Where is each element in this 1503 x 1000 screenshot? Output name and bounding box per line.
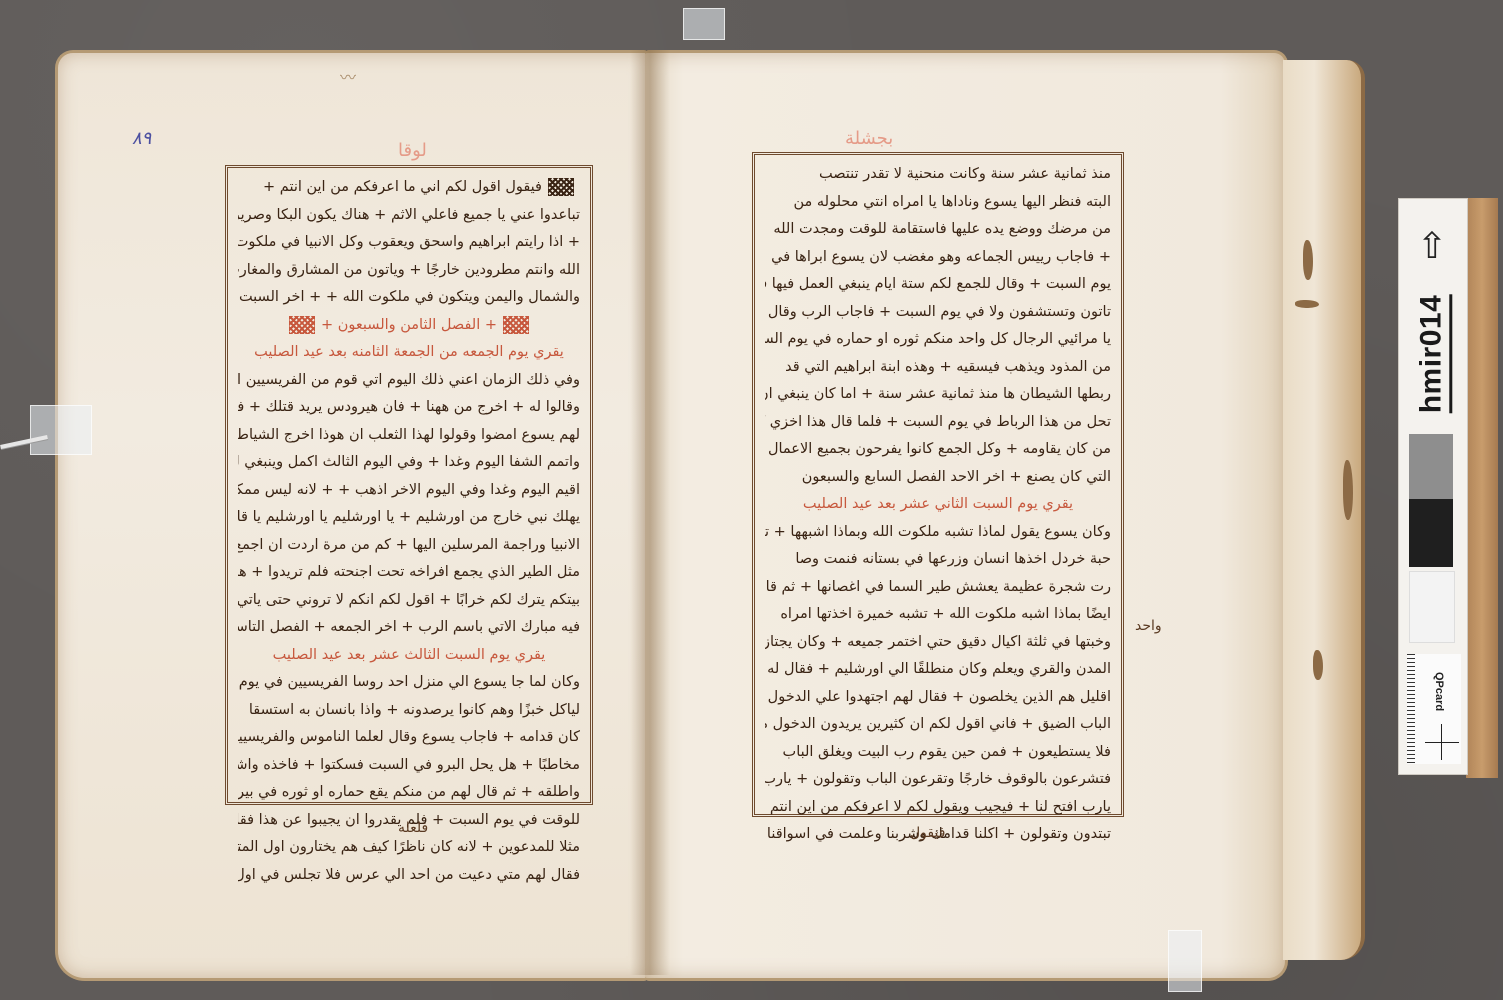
text-line: مخاطبًا + هل يحل البرو في السبت فسكتوا +… xyxy=(238,752,580,780)
worm-hole xyxy=(1313,650,1323,680)
line-text: من المذود ويذهب فيسقيه + وهذه ابنة ابراه… xyxy=(785,359,1111,375)
line-text: + فاجاب رييس الجماعه وهو مغضب لان يسوع ا… xyxy=(771,249,1111,265)
card-label: hmir014 xyxy=(1405,279,1461,429)
line-text: واتمم الشفا اليوم وغدا + وفي اليوم الثال… xyxy=(238,454,580,470)
line-text: فيقول اقول لكم اني ما اعرفكم من اين انتم… xyxy=(263,179,542,195)
line-text: يارب افتح لنا + فيجيب ويقول لكم لا اعرفك… xyxy=(765,799,1111,815)
line-text: حبة خردل اخذها انسان وزرعها في بستانه فن… xyxy=(795,551,1111,567)
line-text: البته فنظر اليها يسوع وناداها يا امراه ا… xyxy=(793,194,1111,210)
line-text: اقيم اليوم وغدا وفي اليوم الاخر اذهب + +… xyxy=(238,482,580,498)
worm-hole xyxy=(1303,240,1313,280)
text-line: تباعدوا عني يا جميع فاعلي الاثم + هناك ي… xyxy=(238,202,580,230)
line-text: يا مرائيي الرجال كل واحد منكم ثوره او حم… xyxy=(765,331,1111,347)
qpcard-logo-panel: QPcard xyxy=(1407,654,1461,764)
worm-hole xyxy=(1343,460,1353,520)
text-line: يهلك نبي خارج من اورشليم + يا اورشليم يا… xyxy=(238,504,580,532)
text-line: والشمال واليمن ويتكون في ملكوت الله + + … xyxy=(238,284,580,312)
line-text: وخبتها في ثلثة اكيال دقيق حتي اختمر جميع… xyxy=(765,634,1111,650)
line-text: تحل من هذا الرباط في يوم السبت + فلما قا… xyxy=(765,414,1111,430)
line-text: + اذا رايتم ابراهيم واسحق ويعقوب وكل الا… xyxy=(238,234,580,250)
line-text: رت شجرة عظيمة يعشش طير السما في اغصانها … xyxy=(765,579,1111,595)
line-text: فلا يستطيعون + فمن حين يقوم رب البيت ويغ… xyxy=(783,744,1111,760)
text-line: فيه مبارك الاتي باسم الرب + اخر الجمعه +… xyxy=(238,614,580,642)
text-line: فيقول اقول لكم اني ما اعرفكم من اين انتم… xyxy=(238,174,580,202)
line-text: ايضًا بماذا اشبه ملكوت الله + تشبه خميرة… xyxy=(780,606,1111,622)
text-line: الانبيا وراجمة المرسلين اليها + كم من مر… xyxy=(238,532,580,560)
text-line: من المذود ويذهب فيسقيه + وهذه ابنة ابراه… xyxy=(765,354,1111,382)
line-text: اقليل هم الذين يخلصون + فقال لهم اجتهدوا… xyxy=(765,689,1111,705)
line-text: يقري يوم السبت الثاني عشر بعد عيد الصليب xyxy=(803,496,1073,512)
archival-tape xyxy=(683,8,725,40)
text-line: من كان يقاومه + وكل الجمع كانوا يفرحون ب… xyxy=(765,436,1111,464)
line-text: لياكل خبزًا وهم كانوا يرصدونه + واذا بان… xyxy=(249,702,580,718)
catchword-right: فيقول xyxy=(910,825,945,841)
text-line: المدن والقري ويعلم وكان منطلقًا الي اورش… xyxy=(765,656,1111,684)
rubric-line: يقري يوم السبت الثالث عشر بعد عيد الصليب xyxy=(238,642,580,670)
line-text: ربطها الشيطان ها منذ ثمانية عشر سنة + ام… xyxy=(765,386,1111,402)
worm-hole xyxy=(1295,300,1319,308)
line-text: لهم يسوع امضوا وقولوا لهذا الثعلب ان هوذ… xyxy=(238,427,580,443)
text-line: فقال لهم متي دعيت من احد الي عرس فلا تجل… xyxy=(238,862,580,890)
text-line: التي كان يصنع + اخر الاحد الفصل السابع و… xyxy=(765,464,1111,492)
fore-edge xyxy=(1283,60,1365,960)
text-line: الله وانتم مطرودين خارجًا + وياتون من ال… xyxy=(238,257,580,285)
line-text: تاتون وتستشفون ولا في يوم السبت + فاجاب … xyxy=(768,304,1111,320)
color-calibration-card: ⇧ hmir014 QPcard xyxy=(1398,198,1468,775)
illumination-ornament-icon xyxy=(548,178,574,196)
line-text: من مرضك ووضع يده عليها فاستقامة للوقت وم… xyxy=(773,221,1111,237)
text-line: الباب الضيق + فاني اقول لكم ان كثيرين ير… xyxy=(765,711,1111,739)
text-line: من مرضك ووضع يده عليها فاستقامة للوقت وم… xyxy=(765,216,1111,244)
rubric-line: يقري يوم الجمعه من الجمعة الثامنه بعد عي… xyxy=(238,339,580,367)
running-head-left: لوقا xyxy=(398,140,427,161)
line-text: وفي ذلك الزمان اعني ذلك اليوم اتي قوم من… xyxy=(238,372,580,388)
text-line: البته فنظر اليها يسوع وناداها يا امراه ا… xyxy=(765,189,1111,217)
text-line: تاتون وتستشفون ولا في يوم السبت + فاجاب … xyxy=(765,299,1111,327)
line-text: فقال لهم متي دعيت من احد الي عرس فلا تجل… xyxy=(238,867,580,883)
card-backing-board xyxy=(1466,198,1498,778)
decorative-flourish: 〰 xyxy=(340,65,356,88)
up-arrow-icon: ⇧ xyxy=(1407,221,1457,271)
line-text: فتشرعون بالوقوف خارجًا وتقرعون الباب وتق… xyxy=(765,771,1111,787)
black-swatch xyxy=(1409,499,1453,567)
line-text: كان قدامه + فاجاب يسوع وقال لعلما النامو… xyxy=(238,729,580,745)
rubric-line: + الفصل الثامن والسبعون + xyxy=(238,312,580,340)
line-text: الباب الضيق + فاني اقول لكم ان كثيرين ير… xyxy=(765,716,1111,732)
text-line: تحل من هذا الرباط في يوم السبت + فلما قا… xyxy=(765,409,1111,437)
archival-tape xyxy=(30,405,92,455)
text-line: يوم السبت + وقال للجمع لكم ستة ايام ينبغ… xyxy=(765,271,1111,299)
text-line: بيتكم يترك لكم خرابًا + اقول لكم انكم لا… xyxy=(238,587,580,615)
line-text: التي كان يصنع + اخر الاحد الفصل السابع و… xyxy=(802,469,1111,485)
text-line: وخبتها في ثلثة اكيال دقيق حتي اختمر جميع… xyxy=(765,629,1111,657)
text-line: + اذا رايتم ابراهيم واسحق ويعقوب وكل الا… xyxy=(238,229,580,257)
archival-tape xyxy=(1168,930,1202,992)
margin-note: واحد xyxy=(1135,618,1162,634)
text-line: ايضًا بماذا اشبه ملكوت الله + تشبه خميرة… xyxy=(765,601,1111,629)
line-text: المدن والقري ويعلم وكان منطلقًا الي اورش… xyxy=(765,661,1111,677)
text-line: مثل الطير الذي يجمع افراخه تحت اجنحته فل… xyxy=(238,559,580,587)
line-text: يقري يوم الجمعه من الجمعة الثامنه بعد عي… xyxy=(254,344,564,360)
running-head-right: بجشلة xyxy=(845,128,893,149)
text-line: منذ ثمانية عشر سنة وكانت منحنية لا تقدر … xyxy=(765,161,1111,189)
text-line: وكان يسوع يقول لماذا تشبه ملكوت الله وبم… xyxy=(765,519,1111,547)
text-line: ربطها الشيطان ها منذ ثمانية عشر سنة + ام… xyxy=(765,381,1111,409)
qpcard-brand: QPcard xyxy=(1433,672,1445,711)
line-text: يوم السبت + وقال للجمع لكم ستة ايام ينبغ… xyxy=(765,276,1111,292)
line-text: وكان يسوع يقول لماذا تشبه ملكوت الله وبم… xyxy=(765,524,1111,540)
text-line: رت شجرة عظيمة يعشش طير السما في اغصانها … xyxy=(765,574,1111,602)
line-text: مخاطبًا + هل يحل البرو في السبت فسكتوا +… xyxy=(238,757,580,773)
book-gutter xyxy=(630,50,670,975)
line-text: + الفصل الثامن والسبعون + xyxy=(321,317,497,333)
crosshair-icon xyxy=(1425,742,1459,743)
line-text: منذ ثمانية عشر سنة وكانت منحنية لا تقدر … xyxy=(819,166,1111,182)
folio-number: ٨٩ xyxy=(132,128,151,149)
gray-swatch xyxy=(1409,434,1453,499)
line-text: مثل الطير الذي يجمع افراخه تحت اجنحته فل… xyxy=(238,564,580,580)
illumination-ornament-icon xyxy=(289,316,315,334)
text-line: لياكل خبزًا وهم كانوا يرصدونه + واذا بان… xyxy=(238,697,580,725)
text-line: حبة خردل اخذها انسان وزرعها في بستانه فن… xyxy=(765,546,1111,574)
rubric-line: يقري يوم السبت الثاني عشر بعد عيد الصليب xyxy=(765,491,1111,519)
left-text-block: فيقول اقول لكم اني ما اعرفكم من اين انتم… xyxy=(225,165,593,805)
line-text: والشمال واليمن ويتكون في ملكوت الله + + … xyxy=(239,289,580,305)
line-text: من كان يقاومه + وكل الجمع كانوا يفرحون ب… xyxy=(765,441,1111,457)
line-text: الله وانتم مطرودين خارجًا + وياتون من ال… xyxy=(238,262,580,278)
text-line: وقالوا له + اخرج من ههنا + فان هيرودس ير… xyxy=(238,394,580,422)
line-text: يهلك نبي خارج من اورشليم + يا اورشليم يا… xyxy=(238,509,580,525)
line-text: وكان لما جا يسوع الي منزل احد روسا الفري… xyxy=(238,674,580,690)
catchword-left: فلعله xyxy=(398,820,428,836)
line-text: يقري يوم السبت الثالث عشر بعد عيد الصليب xyxy=(273,647,546,663)
line-text: تباعدوا عني يا جميع فاعلي الاثم + هناك ي… xyxy=(238,207,580,223)
text-line: واطلقه + ثم قال لهم من منكم يقع حماره او… xyxy=(238,779,580,807)
text-line: فلا يستطيعون + فمن حين يقوم رب البيت ويغ… xyxy=(765,739,1111,767)
illumination-ornament-icon xyxy=(503,316,529,334)
scale-ruler xyxy=(1407,654,1415,764)
right-text-block: منذ ثمانية عشر سنة وكانت منحنية لا تقدر … xyxy=(752,152,1124,817)
text-line: + فاجاب رييس الجماعه وهو مغضب لان يسوع ا… xyxy=(765,244,1111,272)
line-text: بيتكم يترك لكم خرابًا + اقول لكم انكم لا… xyxy=(238,592,580,608)
text-line: يارب افتح لنا + فيجيب ويقول لكم لا اعرفك… xyxy=(765,794,1111,822)
text-line: يا مرائيي الرجال كل واحد منكم ثوره او حم… xyxy=(765,326,1111,354)
text-line: اقيم اليوم وغدا وفي اليوم الاخر اذهب + +… xyxy=(238,477,580,505)
line-text: الانبيا وراجمة المرسلين اليها + كم من مر… xyxy=(238,537,580,553)
text-line: فتشرعون بالوقوف خارجًا وتقرعون الباب وتق… xyxy=(765,766,1111,794)
line-text: وقالوا له + اخرج من ههنا + فان هيرودس ير… xyxy=(238,399,580,415)
line-text: فيه مبارك الاتي باسم الرب + اخر الجمعه +… xyxy=(238,619,580,635)
text-line: كان قدامه + فاجاب يسوع وقال لعلما النامو… xyxy=(238,724,580,752)
text-line: وفي ذلك الزمان اعني ذلك اليوم اتي قوم من… xyxy=(238,367,580,395)
line-text: واطلقه + ثم قال لهم من منكم يقع حماره او… xyxy=(238,784,580,800)
text-line: وكان لما جا يسوع الي منزل احد روسا الفري… xyxy=(238,669,580,697)
text-line: اقليل هم الذين يخلصون + فقال لهم اجتهدوا… xyxy=(765,684,1111,712)
white-swatch xyxy=(1409,571,1455,643)
line-text: مثلا للمدعوين + لانه كان ناظرًا كيف هم ي… xyxy=(238,839,580,855)
text-line: لهم يسوع امضوا وقولوا لهذا الثعلب ان هوذ… xyxy=(238,422,580,450)
text-line: مثلا للمدعوين + لانه كان ناظرًا كيف هم ي… xyxy=(238,834,580,862)
text-line: واتمم الشفا اليوم وغدا + وفي اليوم الثال… xyxy=(238,449,580,477)
